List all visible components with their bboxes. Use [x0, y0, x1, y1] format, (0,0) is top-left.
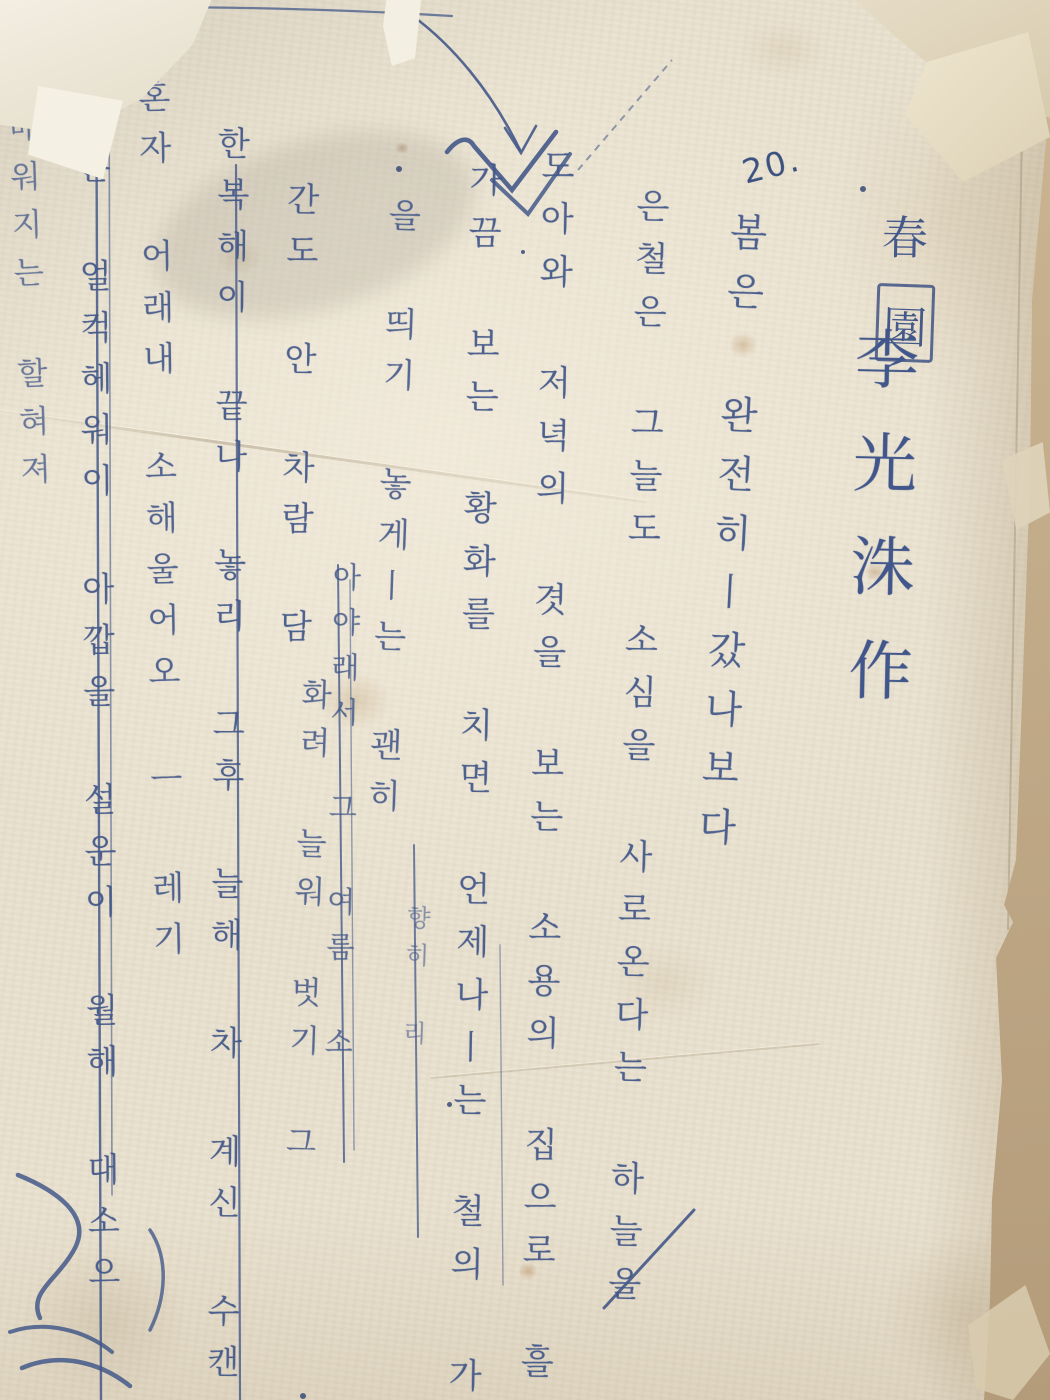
text-column-cheon: 千그는 얼컥헤워이 아깝을 설운이 월해 대소으 — [68, 48, 127, 1400]
text-column-left-edge: 메워지는 할혀져 — [0, 111, 71, 927]
text-column-tteugi: 을 띄기 놓게丨는 괜히 — [356, 197, 427, 888]
paper-crease-right-edge — [1007, 130, 1023, 930]
corner-scribble-4 — [150, 1230, 163, 1330]
ink-dot — [300, 1393, 306, 1399]
page-number: 20. — [738, 140, 804, 192]
ink-dot — [860, 186, 866, 192]
ink-dot — [521, 250, 525, 254]
text-column-eunchul: 은철은 그늘도 소심을 사로온다는 하늘을 — [594, 188, 675, 1400]
title-char-spring: 春 — [881, 202, 928, 269]
ink-dot — [447, 1102, 452, 1107]
text-column-spring-gone: 봄은 완전히丨갔나보다 — [681, 211, 774, 948]
text-column-doa: 도아와 저녁의 겻을 보는 소용의 집으로 흘 — [509, 148, 580, 1400]
dashed-guide-line — [578, 60, 672, 170]
text-column-hanbok: 한복해이 끝나 놓리 그후 늘해 차 계신 수캔 레 — [197, 126, 255, 1400]
insertion-arrow-curve — [410, 14, 520, 150]
author-signature-yi-kwangsu: 李光洙作 — [824, 325, 928, 887]
ink-dot — [396, 166, 402, 172]
manuscript-photo: 20. 春 園 李光洙作 봄은 완전히丨갔나보다은철은 그늘도 소심을 사로온다… — [0, 0, 1050, 1400]
text-column-gando: 간도 안 차람 담 — [270, 182, 325, 658]
corner-scribble-1 — [18, 1175, 79, 1318]
text-column-faint-bits: 향히 리 — [388, 904, 434, 1235]
manuscript-page: 20. 春 園 李光洙作 봄은 완전히丨갔나보다은철은 그늘도 소심을 사로온다… — [0, 0, 1050, 1400]
text-column-hwanghwa: 가끔 보는 황화를 치면 언제나丨는 철의 가 — [437, 162, 508, 1400]
stain-spot — [738, 20, 828, 80]
strike-through-line — [500, 945, 503, 1285]
